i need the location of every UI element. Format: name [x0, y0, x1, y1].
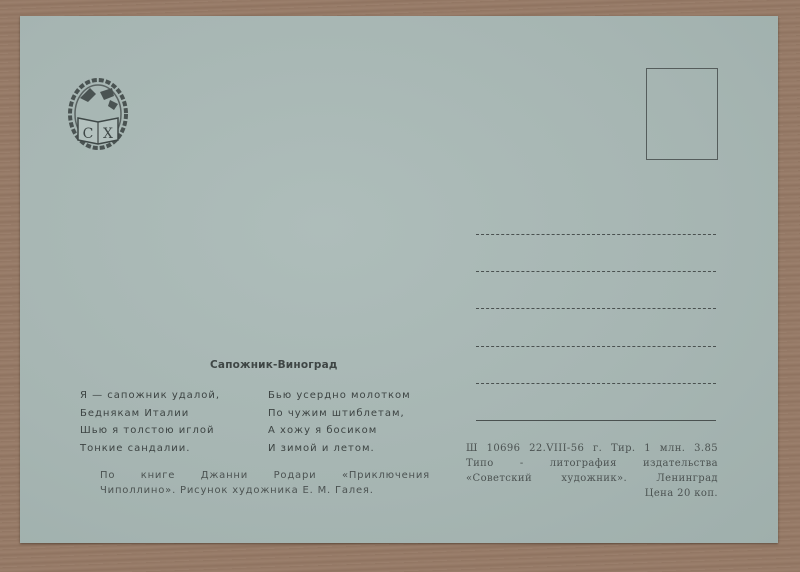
- credits-line: По книге Джанни Родари «Приключения: [100, 468, 430, 483]
- imprint-line: Ш 10696 22.VIII-56 г. Тир. 1 млн. 3.85: [466, 441, 718, 456]
- printing-imprint: Ш 10696 22.VIII-56 г. Тир. 1 млн. 3.85 Т…: [466, 441, 718, 501]
- poem-stanza-right: Бью усердно молотком По чужим штиблетам,…: [268, 387, 411, 457]
- address-line: [476, 271, 716, 272]
- price-line: Цена 20 коп.: [466, 486, 718, 501]
- poem-line: Бью усердно молотком: [268, 387, 411, 405]
- poem-line: Беднякам Италии: [80, 405, 220, 423]
- address-line: [476, 308, 716, 309]
- address-line: [476, 346, 716, 347]
- logo-letter-s: С: [83, 126, 94, 142]
- poem-line: А хожу я босиком: [268, 422, 411, 440]
- poem-line: По чужим штиблетам,: [268, 405, 411, 423]
- address-line: [476, 234, 716, 235]
- poem-line: Я — сапожник удалой,: [80, 387, 220, 405]
- poem-stanza-left: Я — сапожник удалой, Беднякам Италии Шью…: [80, 387, 220, 457]
- publisher-logo: С Х: [66, 74, 130, 154]
- logo-letter-kh: Х: [103, 126, 113, 142]
- book-credits: По книге Джанни Родари «Приключения Чипо…: [100, 468, 430, 498]
- poem-title: Сапожник-Виноград: [210, 359, 338, 371]
- poem-line: Тонкие сандалии.: [80, 440, 220, 458]
- imprint-line: Типо - литография издательства: [466, 456, 718, 471]
- address-line: [476, 383, 716, 384]
- poem-line: И зимой и летом.: [268, 440, 411, 458]
- poem-line: Шью я толстою иглой: [80, 422, 220, 440]
- stamp-placeholder: [646, 68, 718, 160]
- credits-line: Чиполлино». Рисунок художника Е. М. Гале…: [100, 483, 430, 498]
- imprint-line: «Советский художник». Ленинград: [466, 471, 718, 486]
- sovetsky-khudozhnik-emblem-icon: С Х: [66, 74, 130, 154]
- postcard: С Х Сапожник-Виноград Я — сапожник удало…: [20, 16, 778, 543]
- address-divider: [476, 420, 716, 421]
